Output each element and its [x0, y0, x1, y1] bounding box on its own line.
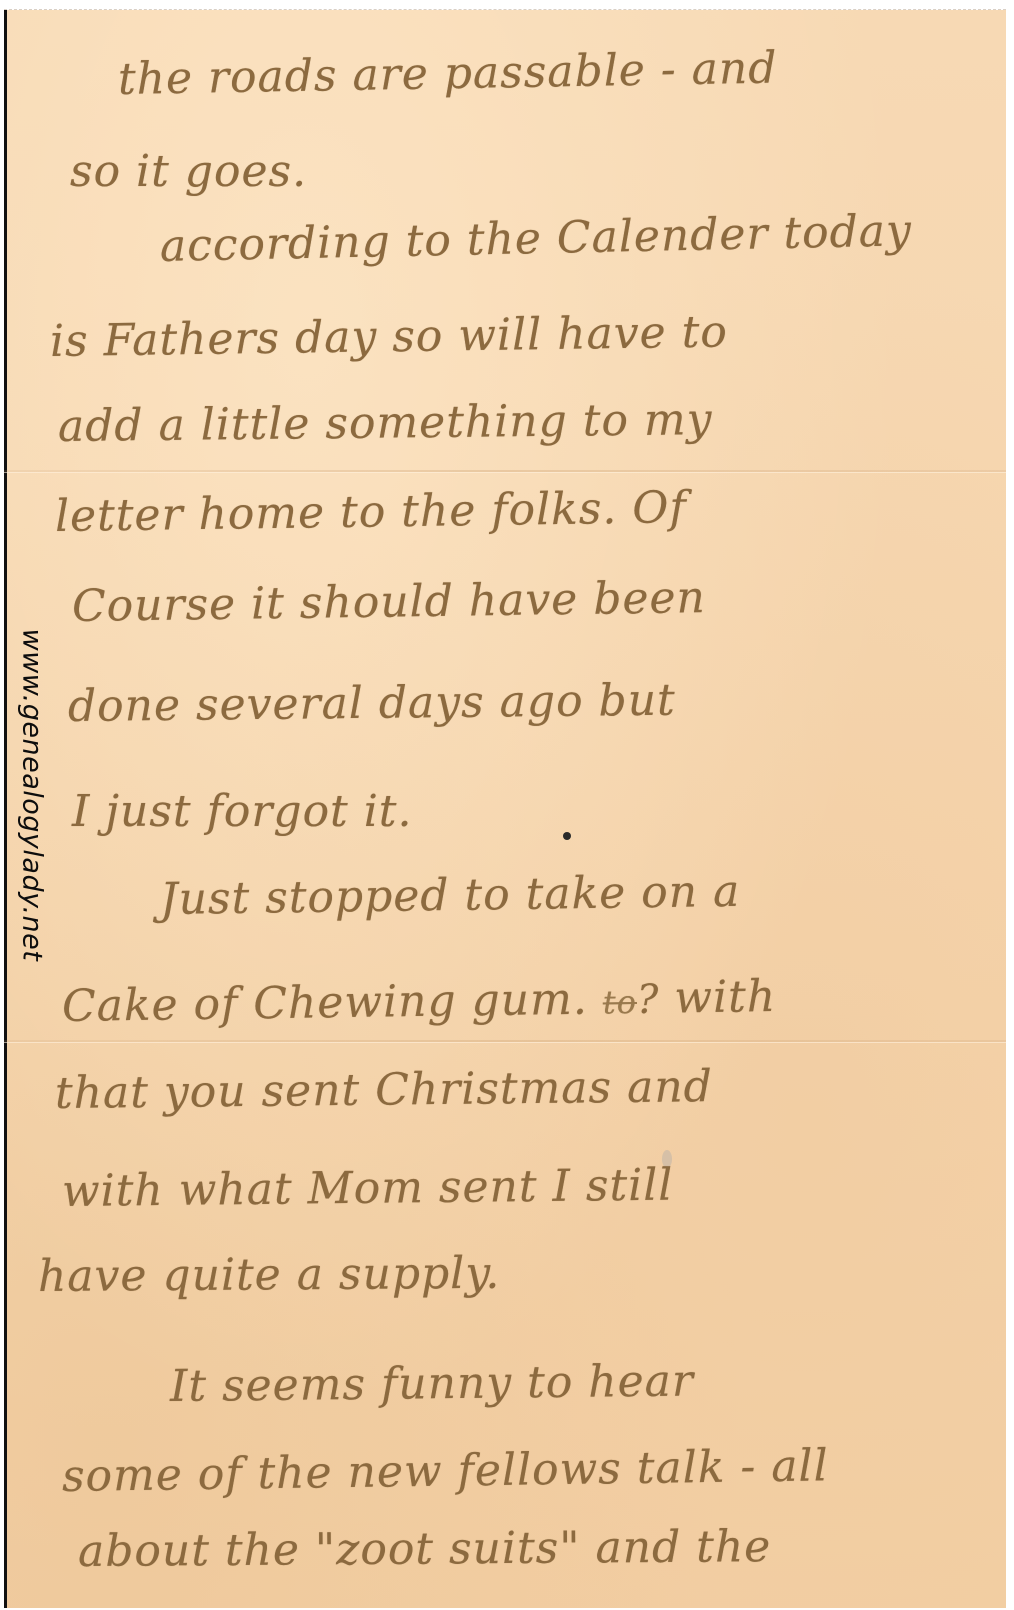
- paper-fold-line: [4, 470, 1006, 472]
- watermark: www.genealogylady.net: [12, 615, 52, 975]
- letter-line: Course it should have been: [72, 576, 706, 629]
- letter-line: with what Mom sent I still: [62, 1164, 674, 1214]
- letter-line: It seems funny to hear: [170, 1360, 694, 1409]
- letter-line: add a little something to my: [58, 398, 713, 449]
- watermark-text: www.genealogylady.net: [17, 629, 48, 962]
- struck-word: to: [603, 983, 638, 1021]
- letter-line: I just forgot it.: [72, 790, 412, 834]
- letter-line: Cake of Chewing gum. to? with: [62, 975, 777, 1029]
- letter-line: about the "zoot suits" and the: [78, 1525, 772, 1574]
- letter-line: have quite a supply.: [38, 1252, 501, 1299]
- letter-line: the roads are passable - and: [118, 46, 778, 102]
- ink-blot: [563, 832, 571, 840]
- letter-line-text: Cake of Chewing gum.: [62, 974, 588, 1032]
- paper-fold-line: [4, 1040, 1006, 1042]
- letter-line: done several days ago but: [68, 679, 676, 729]
- scan-right-margin: [1006, 0, 1014, 1610]
- scan-top-margin: [4, 0, 1006, 10]
- letter-line: some of the new fellows talk - all: [62, 1444, 829, 1499]
- insertion-mark: ?: [637, 977, 660, 1023]
- letter-line-text: with: [674, 971, 776, 1023]
- letter-line: is Fathers day so will have to: [50, 311, 728, 364]
- letter-line: so it goes.: [70, 150, 307, 194]
- letter-line: that you sent Christmas and: [55, 1065, 713, 1116]
- letter-line: Just stopped to take on a: [160, 870, 741, 922]
- letter-line: letter home to the folks. Of: [55, 486, 687, 539]
